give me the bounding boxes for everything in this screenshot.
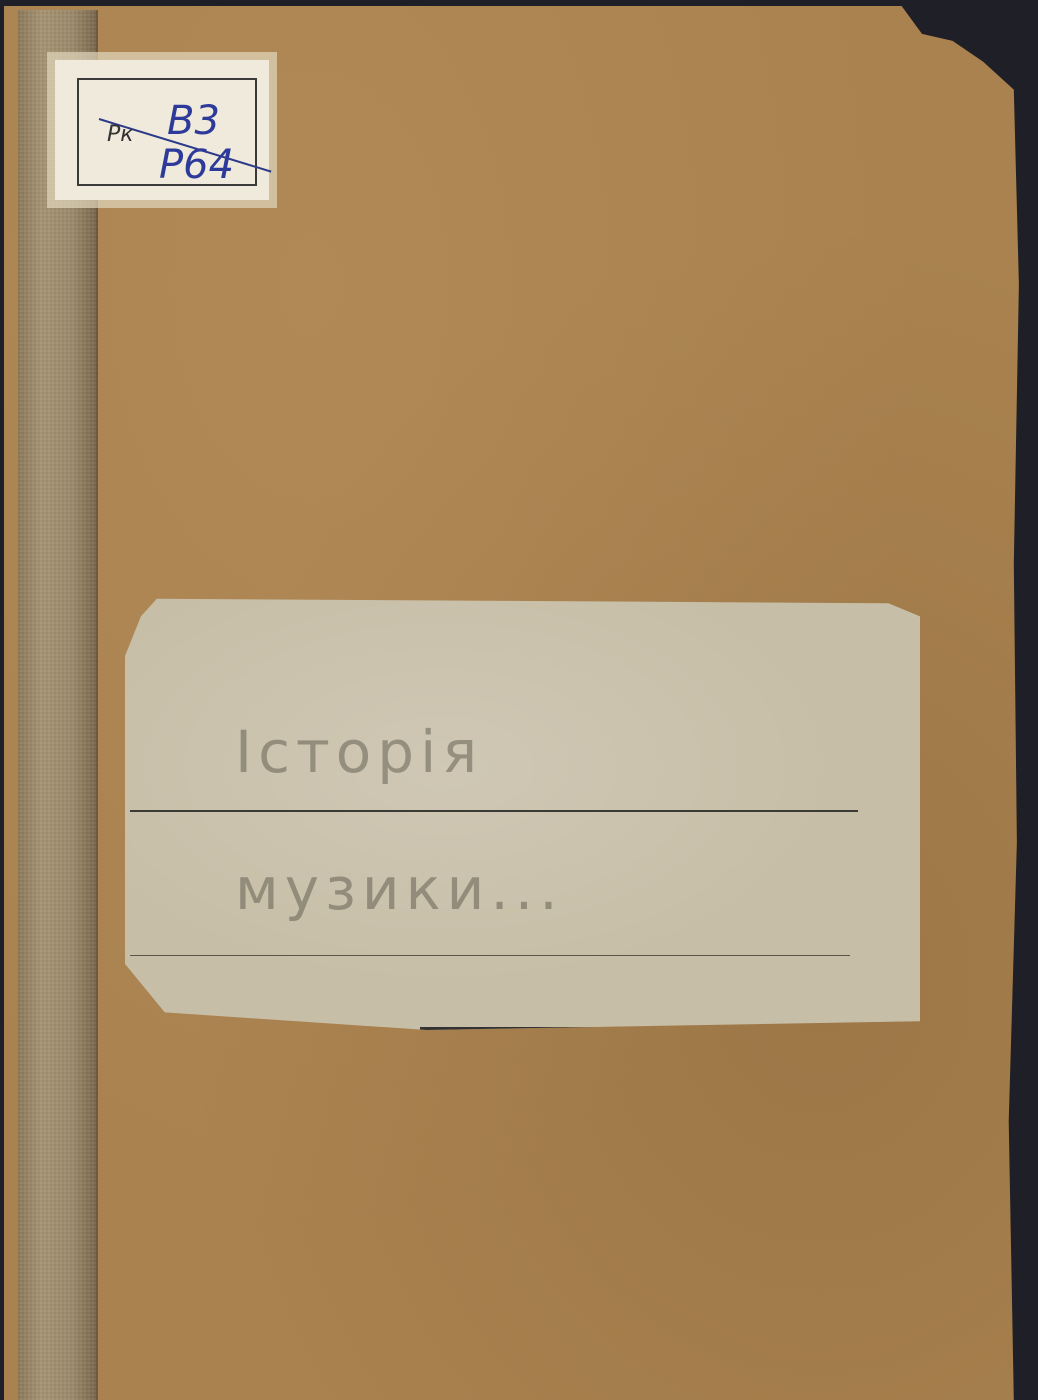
prefix-mark: Pк [107,122,134,147]
cloth-spine [18,10,98,1400]
classmark-top: B3 [167,98,220,144]
title-label: Історія музики... [125,590,920,1030]
label-frame: Pк B3 P64 [77,78,257,186]
rule-line [130,955,850,956]
title-line-1: Історія [235,718,483,786]
title-line-2: музики... [235,855,564,923]
shelf-mark-label: Pк B3 P64 [55,60,269,200]
rule-line [130,810,858,812]
classmark-bottom: P64 [159,142,234,188]
